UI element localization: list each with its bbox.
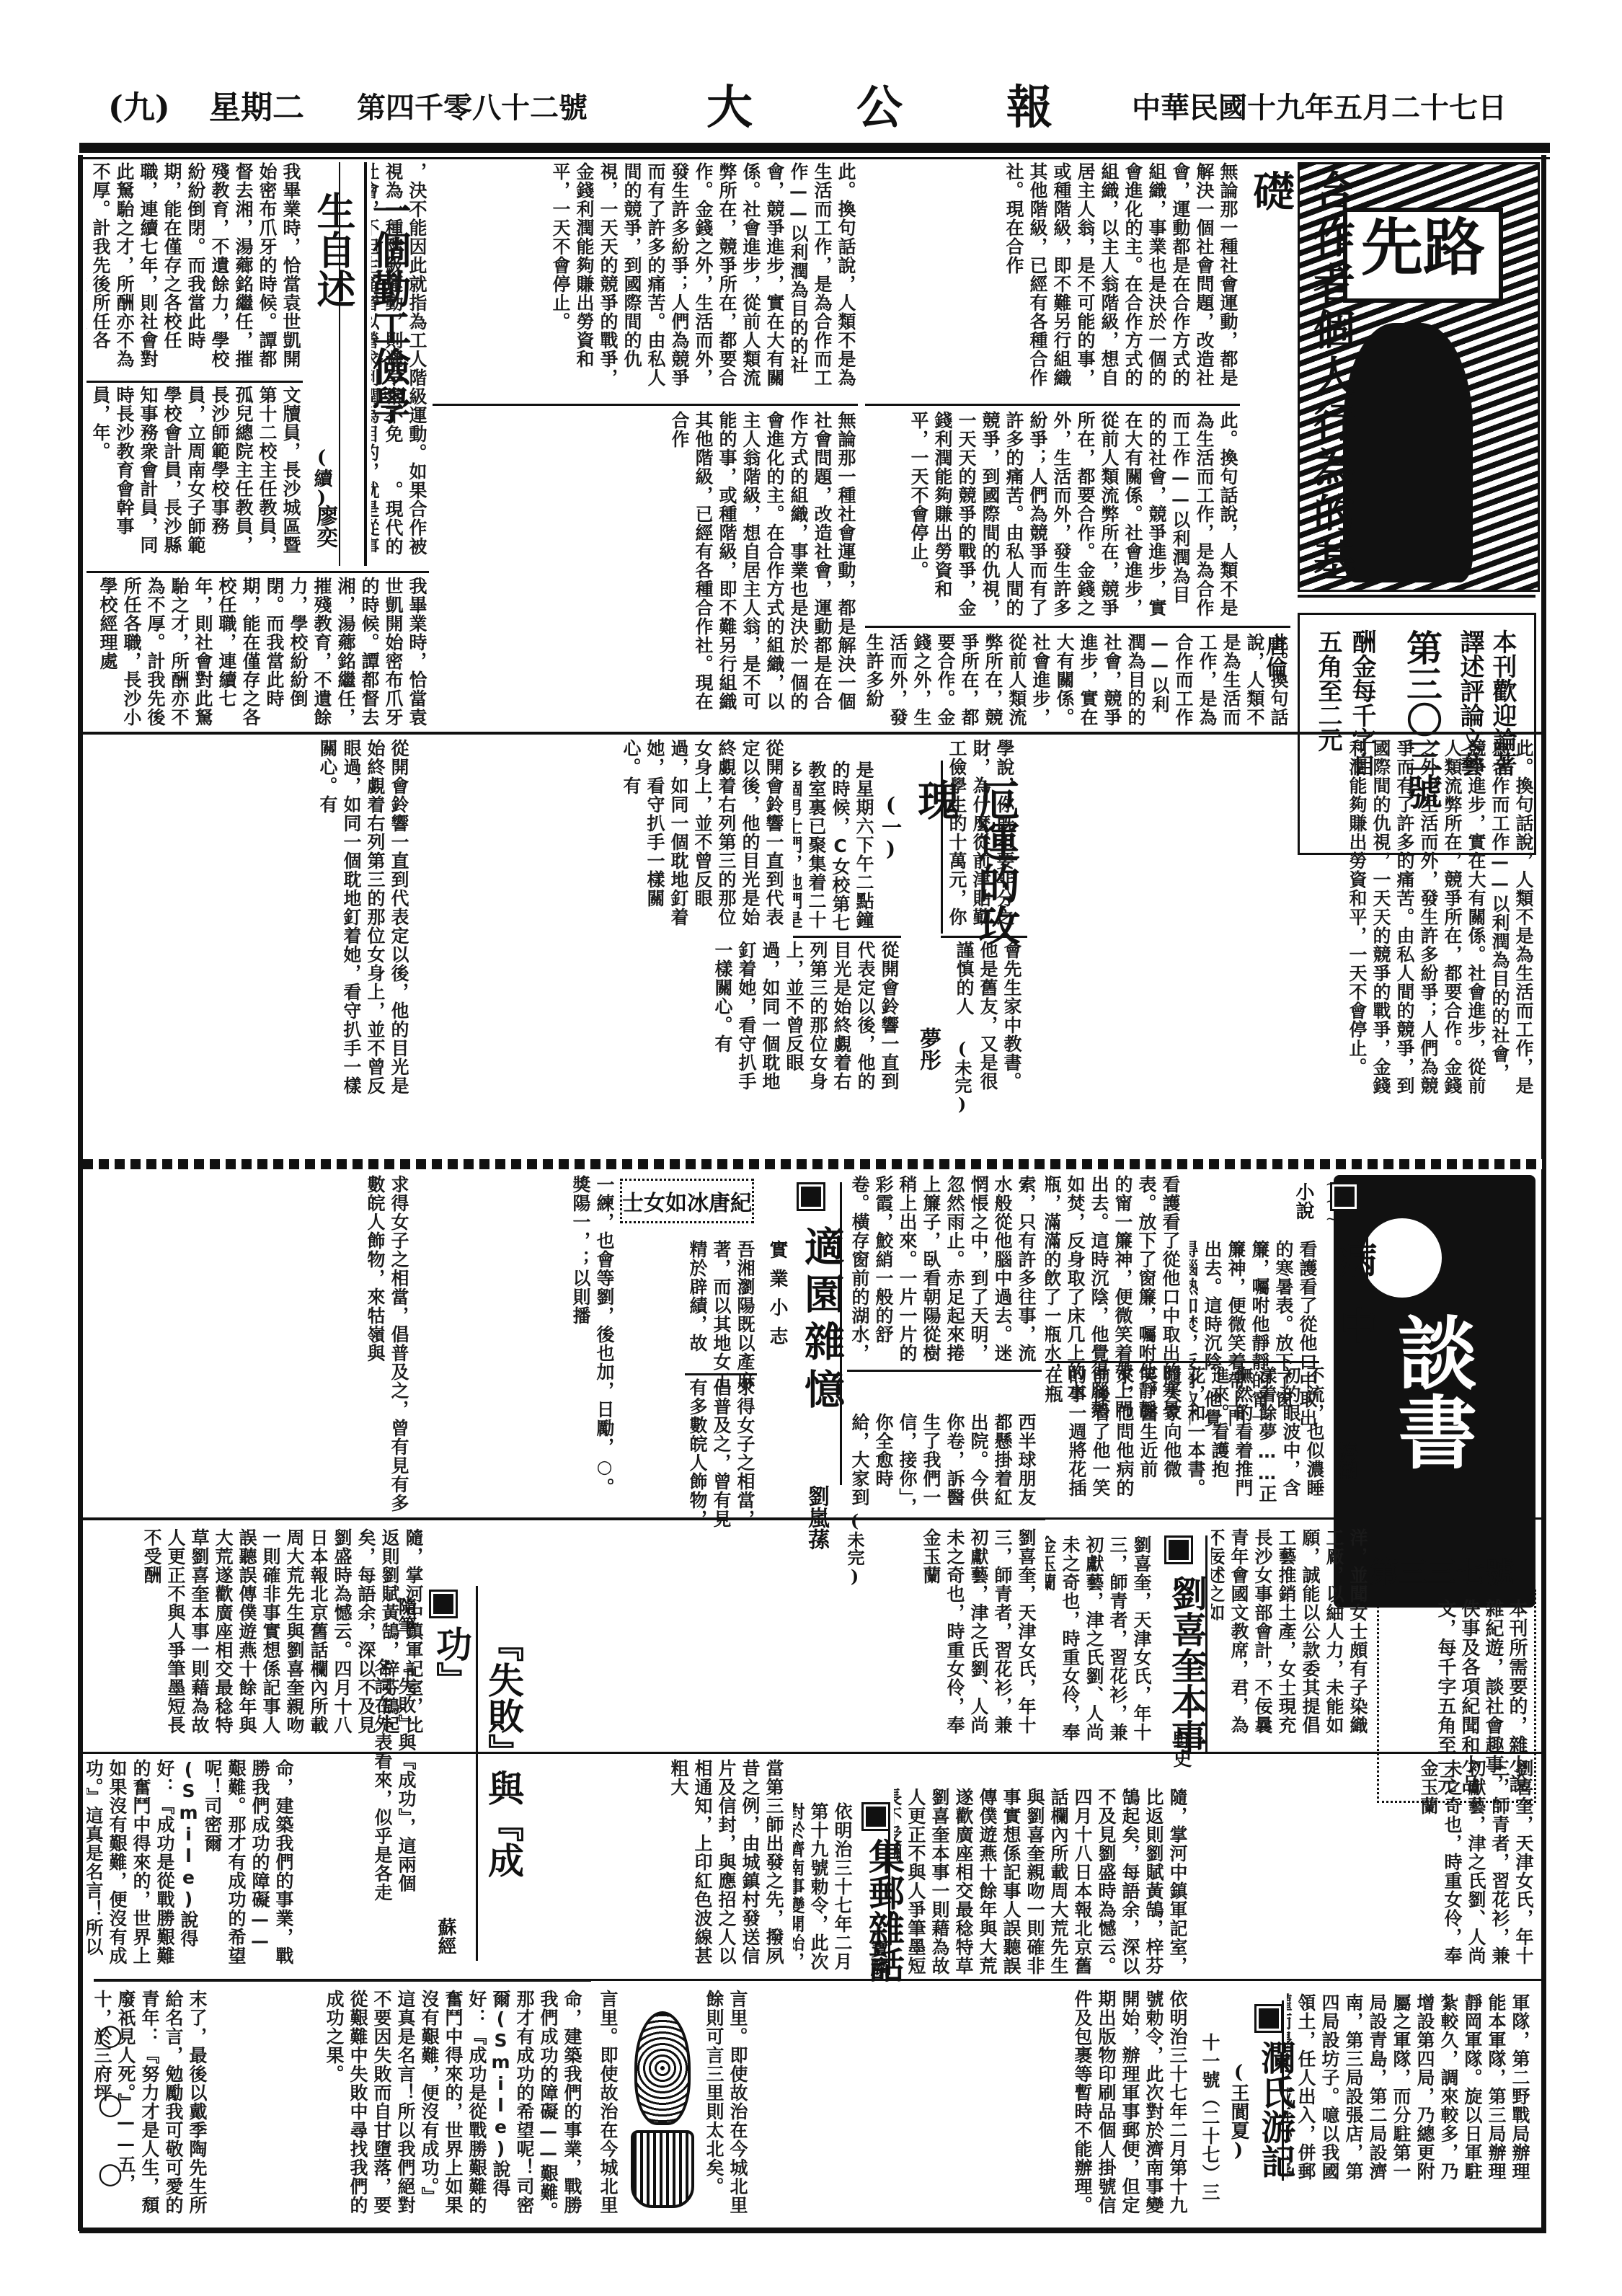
rose-text-right: 此。換句話說，人類不是為生活而工作，是為合作而工作——以利潤為目的的社會，競爭進… bbox=[1031, 739, 1535, 1099]
rose-text-side: 學說，你既不要非分之財，為什麼從前津貼勤工儉學生的十萬元，你也受了六百佛 bbox=[948, 739, 1016, 934]
column-rule bbox=[941, 761, 943, 934]
shiyuan-title: 適園雜憶 bbox=[793, 1225, 851, 1471]
column-rule bbox=[840, 1182, 842, 1485]
tang-bingru-text: 一練，也會等劉，後也加，日勵，○。獎陽一，；以則播 bbox=[418, 1175, 616, 1514]
section-rule bbox=[83, 1752, 1543, 1754]
liu-xikui-text-end: 劉喜奎，天津女氏，年十三，師青者，習花衫，兼初獻藝，津之氏劉、人尚未之奇也，時重… bbox=[1197, 1759, 1535, 1975]
stamp-notes-text-head: 依明治三十七年二月第十九號勅令，此次對於濟南事變開始，辦理軍事郵便，但定期出版物… bbox=[793, 1802, 854, 1975]
memoir-text-cont: 我畢業時，恰當袁世凱開始密布爪牙的時候。譚都督去湘，湯薌銘繼任，摧殘教育，不遺餘… bbox=[87, 577, 429, 728]
sickness-author: 海潮 bbox=[1334, 1442, 1360, 1479]
section-icon bbox=[861, 1802, 890, 1831]
cooperation-text-head: 無論那一種社會運動，都是解決一個社會問題，改造社會，運動都是在合作方式的組織，事… bbox=[865, 162, 1240, 400]
column-rule bbox=[888, 1802, 890, 1975]
sickness-title: 病中 bbox=[1328, 1240, 1382, 1373]
weekday: 星期二 bbox=[209, 87, 304, 130]
tang-bingru-title: 紀唐冰如女士 bbox=[622, 1185, 752, 1217]
circle-ornaments: ○○○ bbox=[94, 2018, 127, 2226]
column-rule bbox=[87, 381, 303, 383]
memoir-continued: (續) bbox=[309, 447, 335, 509]
failure-category: 隨筆 bbox=[393, 1597, 420, 1634]
rose-author: 夢彤 bbox=[912, 1027, 944, 1071]
column-rule bbox=[865, 404, 1240, 406]
column-rule bbox=[1045, 1361, 1319, 1363]
stamp-notes-text-cont: 依明治三十七年二月第十九號勅令，此次對於濟南事變開始，辦理軍事郵便，但定期出版物… bbox=[757, 1990, 1189, 2220]
page-number: (九) bbox=[108, 87, 170, 130]
travel-author: (王閬夏) bbox=[1226, 2062, 1252, 2161]
section-rule bbox=[83, 732, 1543, 735]
column-rule bbox=[941, 936, 1027, 938]
memoir-text-body: 文牘員，長沙城區暨第十二校主任教員，孤兒總院主任教員，長沙師範學校事務員，立周南… bbox=[87, 386, 303, 566]
memoir-text-head: 我畢業時，恰當袁世凱開始密布爪牙的時候。譚都督去湘，湯薌銘繼任，摧殘教育，不遺餘… bbox=[87, 162, 303, 378]
rose-text-cont: 從開會鈴響一直到代表定以後，他的目光是始終覷着右列第三的那位女身上，並不曾反眼過… bbox=[418, 739, 786, 934]
liu-xikui-author: 野史 bbox=[1168, 1730, 1195, 1768]
failure-text-body: 命，建築我們的事業，戰勝我們成功的障礙——艱難。那才有成功的希望呢！司密爾(Sm… bbox=[209, 1990, 584, 2220]
tang-bingru-banner: 紀唐冰如女士 bbox=[620, 1179, 754, 1223]
cooperation-text-body: 此。換句話說，人類不是為生活而工作，是為合作而工作——以利潤為目的的社會，競爭進… bbox=[865, 633, 1290, 727]
rose-status: (未完) bbox=[949, 1038, 975, 1114]
travel-text-head: 十一號（二十七）三里，經西岸有溪入江，水道 bbox=[1197, 2033, 1222, 2206]
rose-text-left: 從開會鈴響一直到代表定以後，他的目光是始終覷着右列第三的那位女身上，並不曾反眼過… bbox=[87, 739, 411, 1099]
liu-xikui-text-side: 洋，並聞女士頗有子染織工廠，以紬人力，未能如願，誠能以公款委其提倡工藝推銷土產，… bbox=[1211, 1528, 1370, 1752]
section-icon bbox=[1164, 1535, 1193, 1564]
section-rule bbox=[476, 1979, 1543, 1981]
failure-author: 蘇經 bbox=[433, 1918, 459, 1955]
failure-text-head: 『失敗』與『成功』，這兩個名詞在外表看來，似乎是各走 bbox=[303, 1658, 418, 1910]
liu-xikui-text-head: 劉喜奎，天津女氏，年十三，師青者，習花衫，兼初獻藝，津之氏劉、人尚未之奇也，時重… bbox=[1045, 1535, 1153, 1752]
left-frame bbox=[78, 155, 83, 2231]
column-rule bbox=[793, 936, 901, 938]
title-frame-rule bbox=[339, 162, 340, 566]
shiyuan-text-side: 索，只有許多往事，流水般從他腦中過去。迷惘悵之中，到了天明，忽然雨止。赤足起來捲… bbox=[847, 1175, 1038, 1362]
header-rule-thin bbox=[79, 157, 1550, 159]
shiyuan-text-head: 吾湘瀏陽既以產麻著，而以其地女工精於辟績，故 bbox=[685, 1240, 757, 1391]
rose-text-head: 是星期六下午二點鐘的時候，C女校第七教室裏已聚集着二十多個男士們，他們是代表各個… bbox=[793, 761, 876, 934]
section-rule bbox=[83, 1517, 1045, 1520]
worker-figure-illustration bbox=[1343, 323, 1473, 582]
memoir-adjacent-text: ，決不能因此就指為工人階級運動。如果合作被視為一種階級運動，則遲早常不免 。現代… bbox=[371, 162, 429, 566]
section-icon bbox=[429, 1590, 458, 1618]
cooperation-text-cont2: 無論那一種社會運動，都是解決一個社會問題，改造社會，運動都是在合作方式的組織，事… bbox=[433, 411, 858, 728]
paper-name: 大 公 報 bbox=[706, 87, 1081, 130]
header-rule bbox=[79, 143, 1550, 153]
stamp-notes-text-side: 隨，掌河中鎮軍記室，比返則劉賦黃鵠，梓芬鵠起矣，每語余，深以不及見劉盛時為憾云。… bbox=[894, 1788, 1189, 1975]
column-rule bbox=[685, 1373, 757, 1375]
left-column-text: 求得女子之相當，倡普及之，曾有見有多數皖人飾物，來牯嶺與 bbox=[87, 1175, 411, 1514]
rose-text-body: 從開會鈴響一直到代表定以後，他的目光是始終覷着右列第三的那位女身上，並不曾反眼過… bbox=[418, 941, 901, 1099]
memoir-author: 廖奕 bbox=[309, 505, 340, 548]
shiyuan-subtitle: 實業小志 bbox=[764, 1240, 791, 1355]
column-rule bbox=[433, 404, 858, 406]
tan-shu-masthead: 談書 bbox=[1384, 1312, 1478, 1471]
newspaper-header: (九) 星期二 第四千零八十二號 大 公 報 中華民國十九年五月二十七日 bbox=[72, 87, 1550, 130]
section-rule bbox=[1045, 1517, 1543, 1520]
tan-shu-issue-no: 第三三七號 bbox=[1370, 1550, 1514, 1591]
bottom-frame bbox=[79, 2228, 1546, 2233]
pioneer-masthead: 先路 bbox=[1343, 208, 1503, 303]
sickness-text-body: 不流，也似濃睡初的眼波中，含漾着餘夢……正憮然的看着推門進來。看護抱花，和一本書… bbox=[1045, 1366, 1326, 1507]
issue-number: 第四千零八十二號 bbox=[357, 87, 588, 130]
title-frame-rule bbox=[364, 162, 367, 566]
travel-text-body: 軍隊，第二野戰局辦理能本軍隊，第三局辦理靜岡軍隊。旋以日軍駐紮較久，調來較多，乃… bbox=[1287, 1993, 1532, 2188]
right-frame bbox=[1541, 155, 1546, 2231]
stamp-notes-text-body: 當第三師出發之先，撥夙昔之例，由城鎮村發送信片及信封，與應招之人以相通知，上印紅… bbox=[483, 1759, 786, 1975]
column-rule bbox=[87, 571, 429, 573]
section-icon bbox=[1254, 2004, 1283, 2033]
column-rule bbox=[847, 1370, 1042, 1372]
column-rule bbox=[865, 626, 1290, 628]
shiyuan-text-end: 西半球朋友都懸掛着紅出院。今供你卷，訴醫生了我們一信，接你」，你全愈時給，大家到… bbox=[847, 1413, 1038, 1517]
column-rule bbox=[476, 1586, 478, 1961]
sickness-category: 小說 bbox=[1290, 1182, 1317, 1220]
flower-vase-ornament-icon bbox=[620, 2011, 699, 2206]
section-icon bbox=[1330, 1182, 1359, 1211]
failure-text-cont: 命，建築我們的事業，戰勝我們成功的障礙——艱難。那才有成功的希望呢！司密爾(Sm… bbox=[87, 1759, 296, 1968]
section-icon bbox=[797, 1182, 825, 1211]
cooperation-text-cont: 此。換句話說，人類不是為生活而工作，是為合作而工作——以利潤為目的的社會，競爭進… bbox=[433, 162, 858, 400]
travel-text-side-2: 言里。即使故治在今城北里餘則可言三里則太北矣。 bbox=[706, 1990, 750, 2220]
publication-date: 中華民國十九年五月二十七日 bbox=[1132, 87, 1507, 130]
cooperation-title: 合作者個人行為的基礎 bbox=[1240, 169, 1361, 616]
rose-part: (一) bbox=[876, 793, 905, 861]
travel-text-side: 言里。即使故治在今城北里餘則可言三里則太北矣。 bbox=[598, 1990, 620, 2220]
cooperation-text-mid: 此。換句話說，人類不是為生活而工作，是為合作而工作——以利潤為目的的社會，競爭進… bbox=[865, 411, 1240, 620]
column-rule bbox=[1205, 1535, 1207, 1752]
ornamental-divider bbox=[83, 1159, 1543, 1169]
column-rule bbox=[1282, 2000, 1284, 2181]
